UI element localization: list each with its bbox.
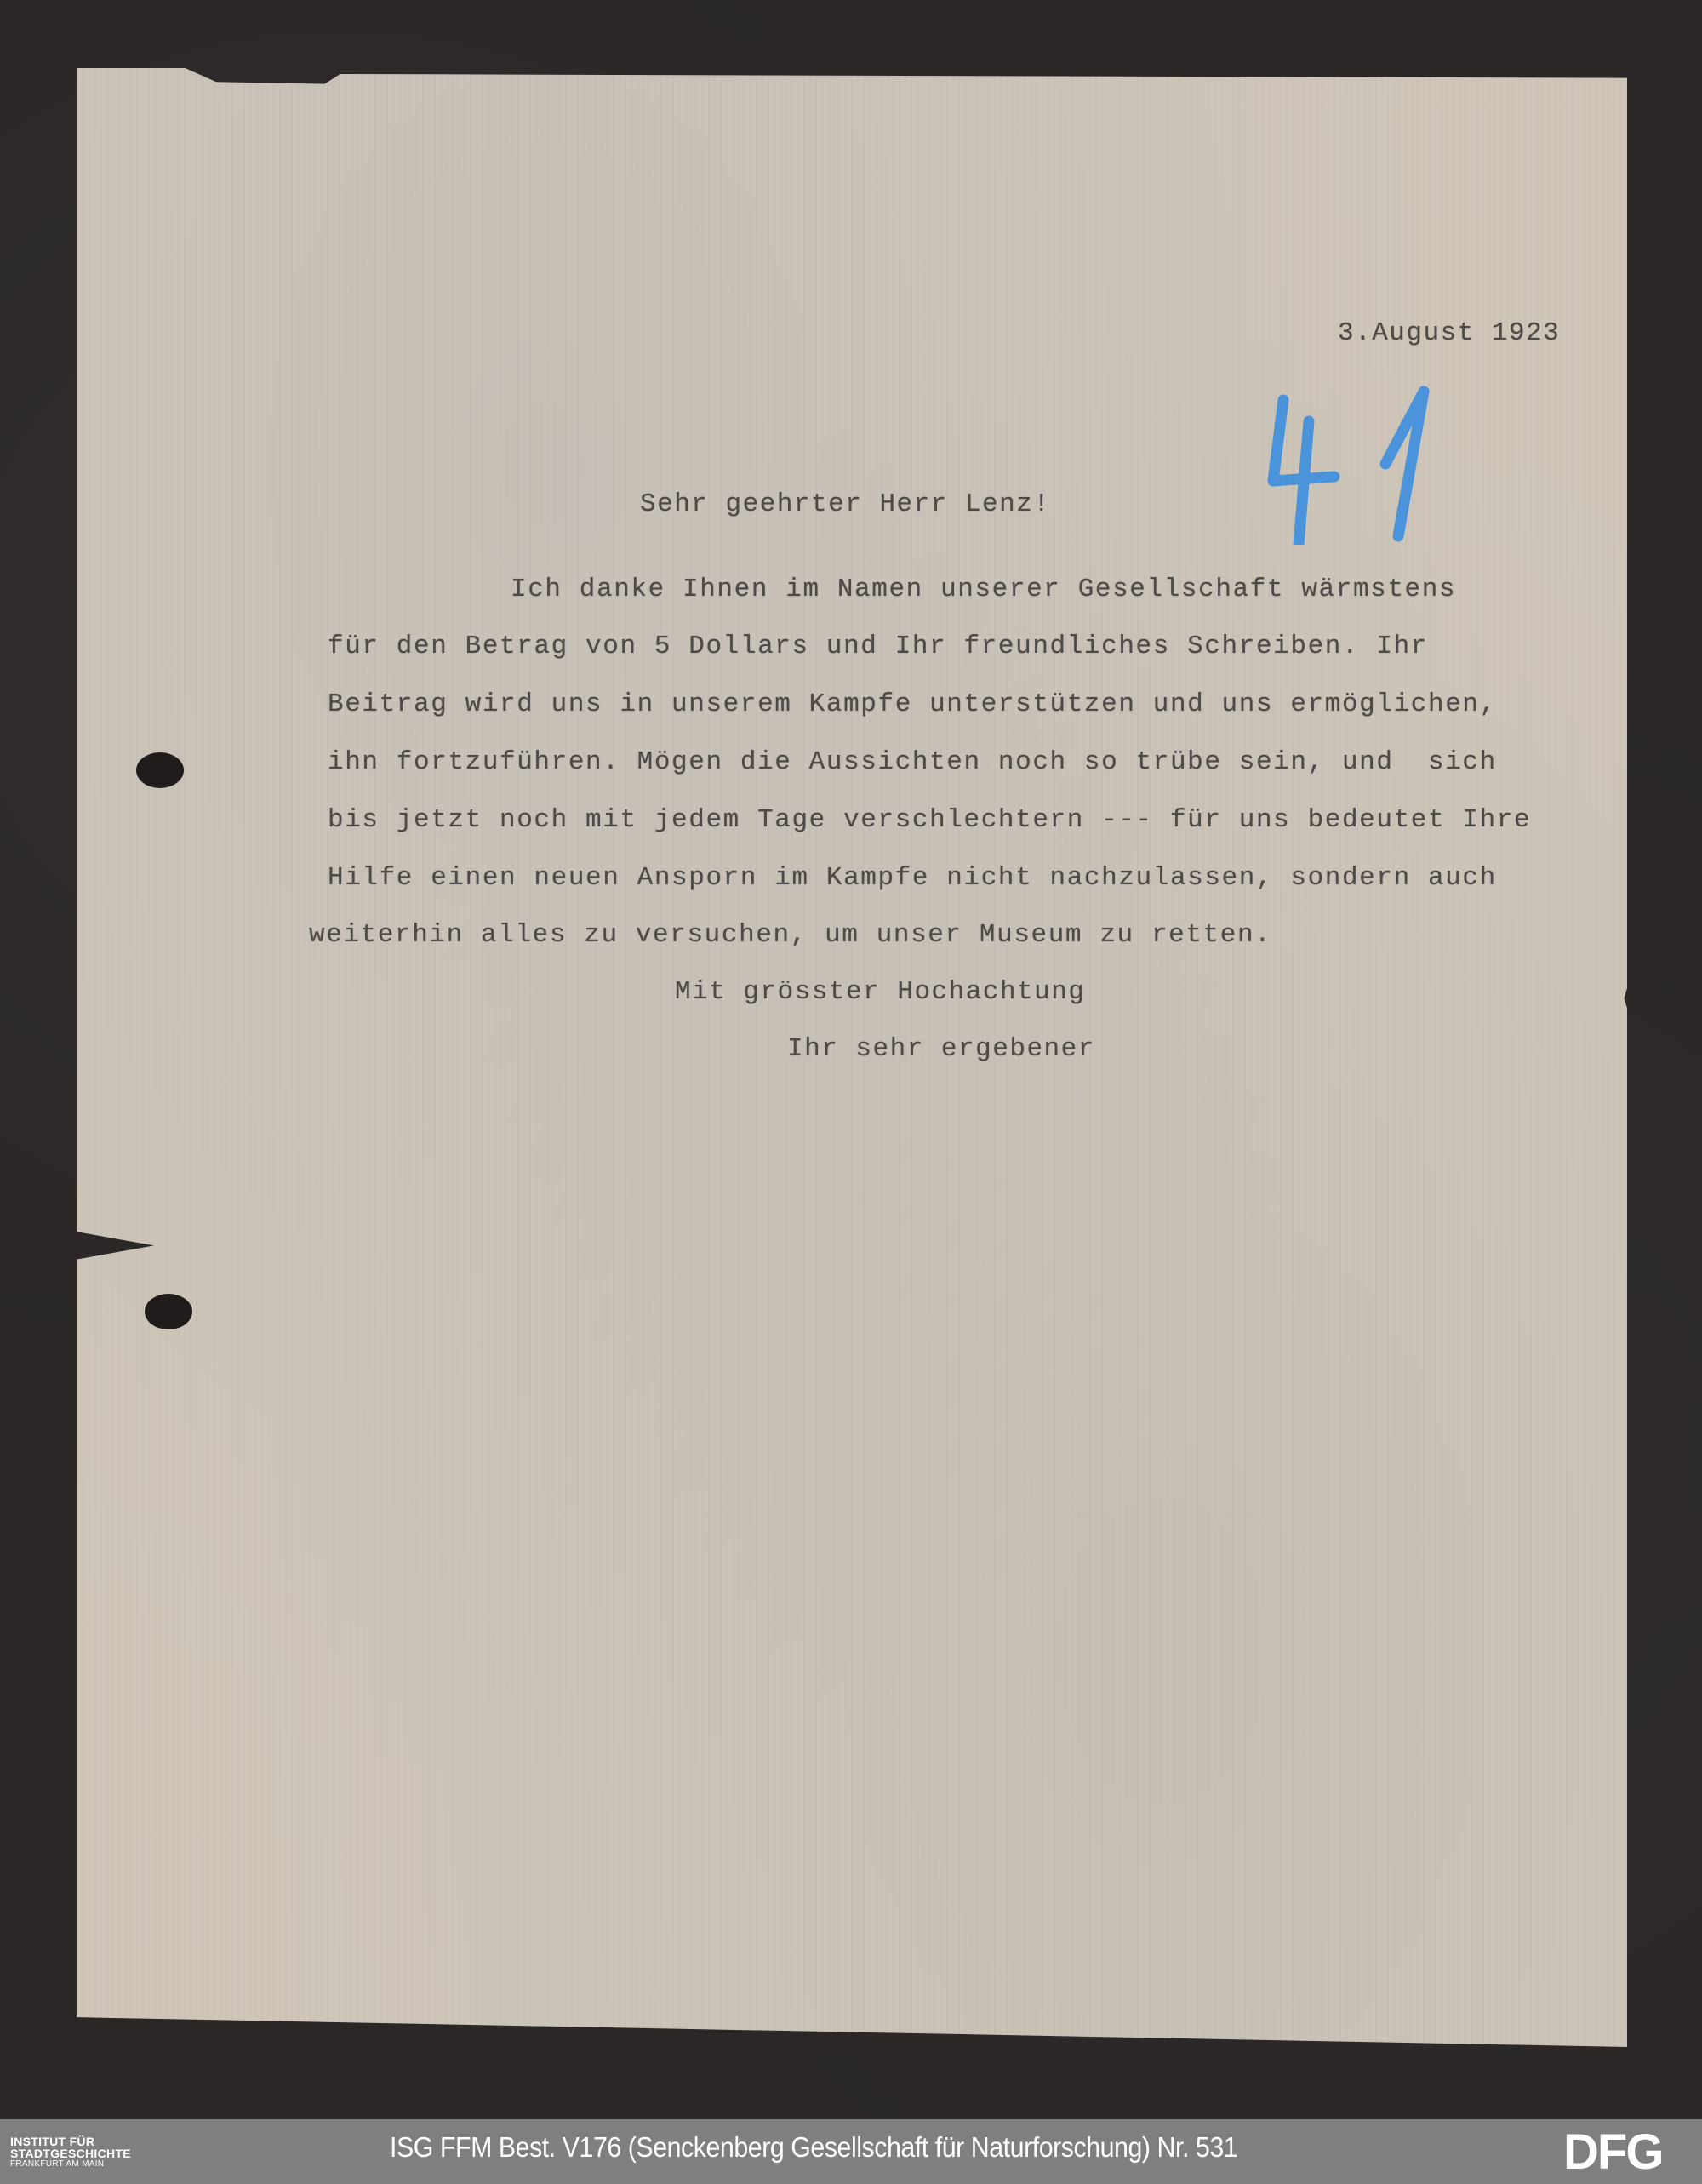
institute-logo-line1: INSTITUT FÜR <box>10 2135 131 2147</box>
salutation: Sehr geehrter Herr Lenz! <box>640 489 1050 519</box>
body-line: weiterhin alles zu versuchen, um unser M… <box>309 920 1271 950</box>
folio-number-annotation <box>1258 374 1462 545</box>
closing-phrase: Mit grösster Hochachtung <box>675 977 1085 1007</box>
dfg-logo: DFG <box>1563 2130 1662 2175</box>
body-line: für den Betrag von 5 Dollars und Ihr fre… <box>328 632 1428 661</box>
body-line: Beitrag wird uns in unserem Kampfe unter… <box>328 689 1497 719</box>
body-line: ihn fortzuführen. Mögen die Aussichten n… <box>328 747 1497 777</box>
archive-reference-title: ISG FFM Best. V176 (Senckenberg Gesellsc… <box>390 2131 1237 2164</box>
body-line: Ich danke Ihnen im Namen unserer Gesells… <box>511 575 1456 604</box>
punch-hole-top <box>136 752 184 788</box>
closing-signoff: Ihr sehr ergebener <box>787 1034 1095 1064</box>
body-line: Hilfe einen neuen Ansporn im Kampfe nich… <box>328 863 1497 893</box>
letter-date: 3.August 1923 <box>1338 318 1560 348</box>
punch-hole-bottom <box>145 1294 192 1329</box>
institute-logo-line3: FRANKFURT AM MAIN <box>10 2159 131 2170</box>
institute-logo: INSTITUT FÜR STADTGESCHICHTE FRANKFURT A… <box>10 2135 131 2170</box>
body-line: bis jetzt noch mit jedem Tage verschlech… <box>328 805 1531 835</box>
archive-footer: INSTITUT FÜR STADTGESCHICHTE FRANKFURT A… <box>0 2119 1702 2184</box>
institute-logo-line2: STADTGESCHICHTE <box>10 2147 131 2159</box>
